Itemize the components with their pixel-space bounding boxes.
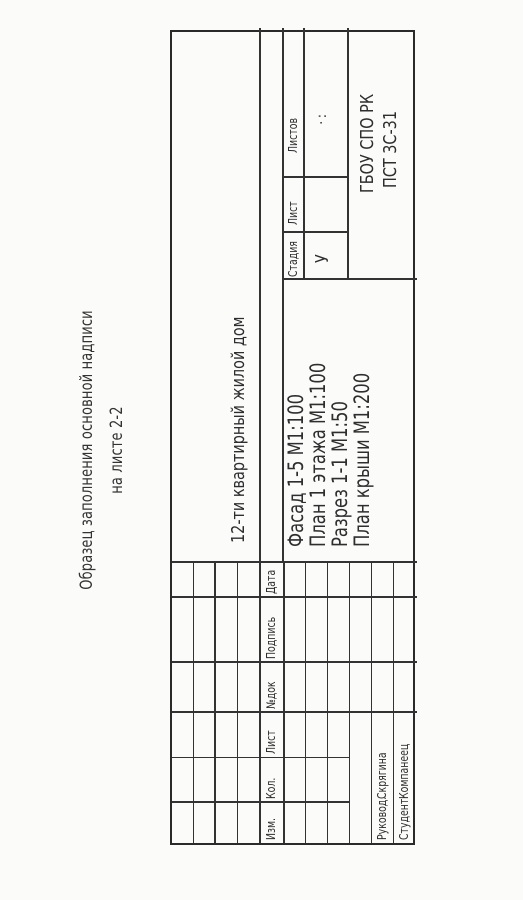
grid-line — [393, 563, 394, 843]
sheet-contents-2: План 1 этажа М1:100 — [307, 363, 329, 547]
sheet-col-line — [282, 176, 347, 178]
sheet-contents-1: Фасад 1-5 М1:100 — [285, 394, 307, 547]
grid-line — [371, 563, 372, 843]
sheet-contents-3: Разрез 1-1 М1:50 — [329, 401, 351, 547]
header-ndok: №док — [264, 681, 278, 709]
stage-header-line — [303, 28, 305, 280]
stage-col-line — [282, 231, 347, 233]
role-supervisor: Руковод. — [375, 797, 389, 840]
col-line — [172, 661, 417, 663]
col-line — [172, 561, 417, 563]
grid-line — [349, 563, 350, 843]
stage-value: У — [312, 254, 333, 263]
header-izm: Изм. — [264, 818, 278, 840]
name-student: Компанеец — [397, 744, 411, 799]
sheet-contents-4: План крыши М1:200 — [351, 373, 373, 547]
header-signature: Подпись — [264, 617, 278, 659]
sheet-label: Лист — [286, 201, 300, 225]
header-list: Лист — [264, 730, 278, 754]
role-student: Студент — [397, 799, 411, 840]
sample-caption: Образец заполнения основной надписи на л… — [72, 150, 142, 750]
col-line — [172, 801, 349, 803]
caption-line-2: на листе 2-2 — [102, 195, 132, 705]
organization-line-1: ГБОУ СПО РК — [357, 94, 378, 193]
title-block: Изм. Кол. Лист №док Подпись Дата Руковод… — [170, 30, 415, 845]
col-line — [172, 757, 349, 758]
scan-dots: ·: — [314, 112, 330, 125]
header-date: Дата — [264, 570, 278, 594]
col-line — [172, 596, 417, 598]
project-title: 12-ти квартирный жилой дом — [228, 316, 249, 543]
organization-line-2: ПСТ 3С-31 — [380, 111, 401, 188]
caption-line-1: Образец заполнения основной надписи — [72, 195, 102, 705]
sheets-label: Листов — [286, 118, 300, 153]
stage-label: Стадия — [286, 241, 300, 277]
header-kol: Кол. — [264, 778, 278, 799]
name-supervisor: Скрягина — [375, 752, 389, 799]
stage-bottom-line — [347, 28, 349, 280]
col-line — [172, 711, 417, 713]
title-divider-line — [259, 28, 261, 843]
